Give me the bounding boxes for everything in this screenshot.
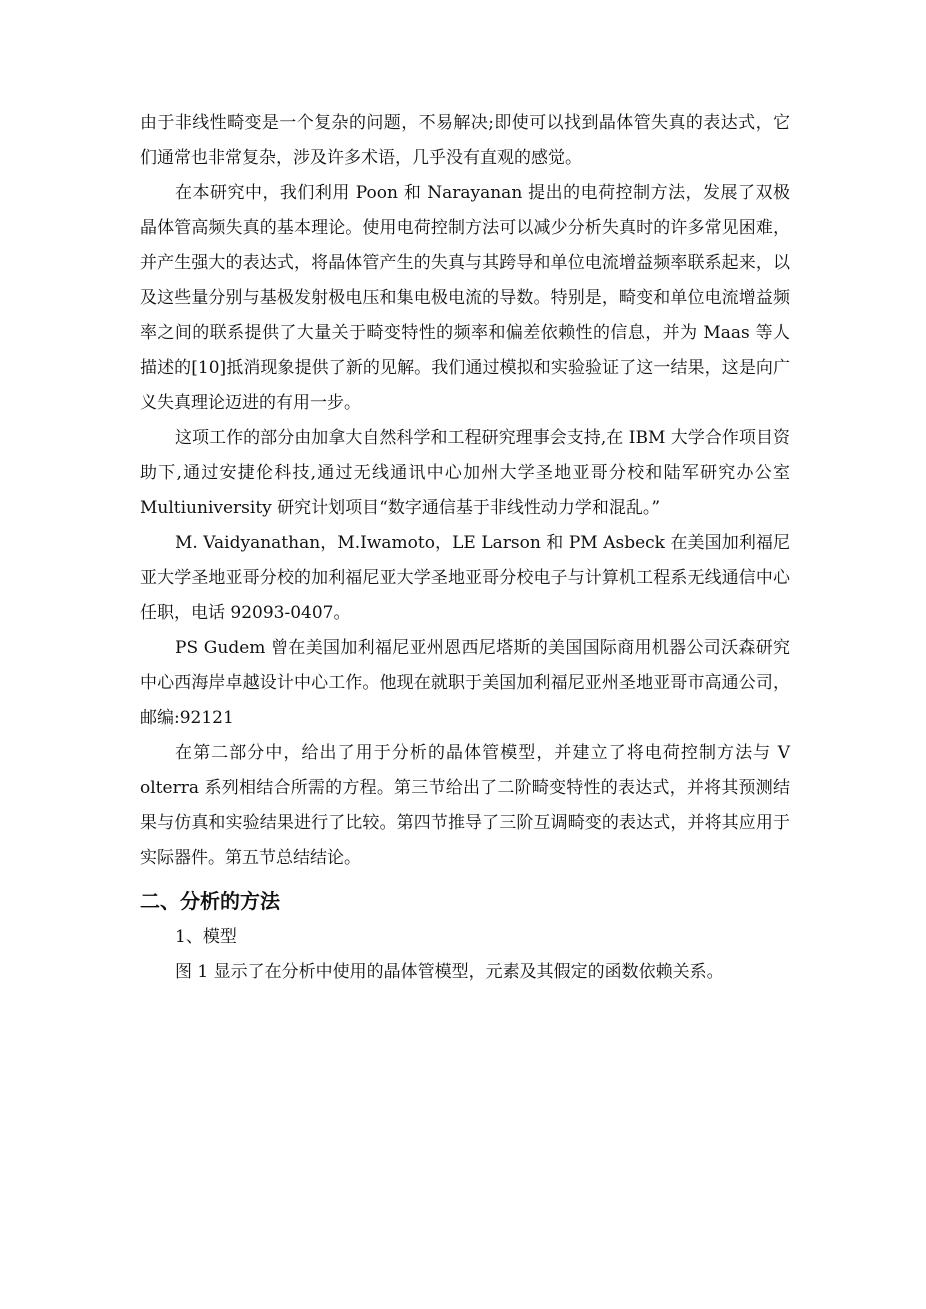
paragraph-intro-continuation: 由于非线性畸变是一个复杂的问题，不易解决;即使可以找到晶体管失真的表达式，它们通… (140, 106, 790, 176)
document-page: 由于非线性畸变是一个复杂的问题，不易解决;即使可以找到晶体管失真的表达式，它们通… (140, 106, 790, 990)
paragraph-funding: 这项工作的部分由加拿大自然科学和工程研究理事会支持,在 IBM 大学合作项目资助… (140, 421, 790, 526)
paragraph-author-affiliation: M. Vaidyanathan，M.Iwamoto，LE Larson 和 PM… (140, 526, 790, 631)
subsection-heading: 1、模型 (140, 920, 790, 955)
paragraph-figure-reference: 图 1 显示了在分析中使用的晶体管模型，元素及其假定的函数依赖关系。 (140, 955, 790, 990)
paragraph-author-gudem: PS Gudem 曾在美国加利福尼亚州恩西尼塔斯的美国国际商用机器公司沃森研究中… (140, 631, 790, 736)
section-heading: 二、分析的方法 (140, 882, 790, 920)
paragraph-research-summary: 在本研究中，我们利用 Poon 和 Narayanan 提出的电荷控制方法，发展… (140, 176, 790, 421)
paragraph-outline: 在第二部分中，给出了用于分析的晶体管模型，并建立了将电荷控制方法与 V olte… (140, 736, 790, 876)
